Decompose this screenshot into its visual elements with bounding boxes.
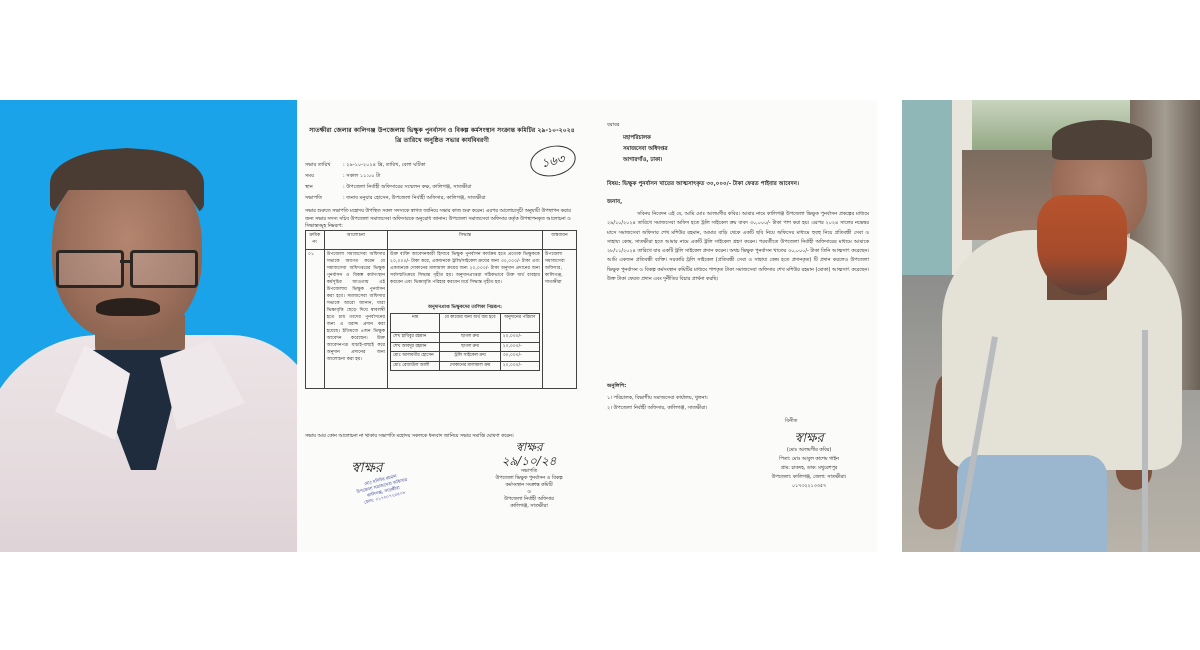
recipient-row: মোঃ আলমগীর হোসেন ট্রলি সাইকেল ক্রয় ৩০,০… bbox=[391, 352, 540, 362]
signature-scrawl: স্বাক্ষর ২৯/১০/২৪ bbox=[487, 440, 571, 468]
recipients-table: নাম যে কাজের জন্য অর্থ ব্যয় হবে অনুদানে… bbox=[390, 313, 540, 371]
cell-discussion: উপজেলা সমাজসেবা অফিসার সভাকে অবগত করেন য… bbox=[324, 250, 387, 389]
meta-row: সভাপতি : জনাব মনুয়ার হোসেন, উপজেলা নির্… bbox=[305, 193, 495, 204]
glasses-icon bbox=[56, 250, 198, 284]
header-implementer: বাস্তবায়ন bbox=[542, 231, 576, 250]
letter-closing: বিনীত bbox=[785, 418, 797, 426]
cc-item: ২। উপজেলা নির্বাহী অফিসার, কালিগঞ্জ, সাত… bbox=[607, 403, 708, 413]
hair-shape bbox=[1052, 120, 1152, 160]
lungi-shape bbox=[957, 455, 1107, 552]
minutes-intro: সভার শুরুতে সভাপতি মহোদয় উপস্থিত সকল সদ… bbox=[305, 208, 575, 231]
minutes-table: ক্রমিক নং আলোচনা সিদ্ধান্ত বাস্তবায়ন ০১… bbox=[305, 230, 577, 389]
recipient-row: শেখ হাবিবুর রহমান ছাগল ক্রয় ২০,০০০/- bbox=[391, 333, 540, 343]
signature-scrawl: স্বাক্ষর bbox=[351, 456, 383, 480]
cc-item: ১। পরিচালক, বিভাগীয় সমাজসেবা কার্যালয়,… bbox=[607, 393, 708, 403]
minutes-meta: সভার তারিখ : ২৯-১০-২০২৪ খ্রি, তারিখ, বেল… bbox=[305, 160, 495, 204]
header-discussion: আলোচনা bbox=[324, 231, 387, 250]
officer-seal: স্বাক্ষর মোঃ মশিউর রহমান উপজেলা সমাজসেবা… bbox=[341, 456, 421, 512]
crutch-right-icon bbox=[1142, 330, 1148, 552]
recipient-row: মোঃ রেজাউল আলী দোকানের মালামাল ক্রয় ২০,… bbox=[391, 361, 540, 371]
letter-to-label: বরাবর bbox=[607, 122, 620, 130]
minutes-title: সাতক্ষীরা জেলার কালিগঞ্জ উপজেলায় ভিক্ষু… bbox=[309, 126, 575, 146]
letter-address: মহাপরিচালক সমাজসেবা অধিদপ্তর আগারগাঁও, ঢ… bbox=[623, 133, 668, 166]
cc-label: অনুলিপি: bbox=[607, 383, 626, 391]
cell-implementer: উপজেলা সমাজসেবা অফিসার, কালিগঞ্জ, সাতক্ষ… bbox=[542, 250, 576, 389]
meta-row: সময় : সকাল ১১:০০ টা bbox=[305, 171, 495, 182]
header-decision: সিদ্ধান্ত bbox=[388, 231, 543, 250]
mustache-shape bbox=[96, 298, 160, 316]
letter-subject: বিষয়: ভিক্ষুক পুনর্বাসন খাতের আত্মসাৎকৃ… bbox=[607, 180, 799, 189]
letter-body: সবিনয় নিবেদন এই যে, আমি মোঃ আলমগীর কবির… bbox=[607, 210, 869, 284]
header-serial: ক্রমিক নং bbox=[306, 231, 325, 250]
left-portrait-photo bbox=[0, 100, 297, 552]
meta-row: স্থান : উপজেলা নির্বাহী অফিসারের সম্মেলন… bbox=[305, 182, 495, 193]
application-letter-document: বরাবর মহাপরিচালক সমাজসেবা অধিদপ্তর আগারগ… bbox=[587, 100, 877, 552]
handwritten-number: ১৬৩ bbox=[527, 142, 578, 181]
signature-scrawl: স্বাক্ষর bbox=[757, 432, 861, 446]
beard-shape bbox=[1037, 195, 1127, 295]
door-shape bbox=[902, 100, 952, 275]
letter-salutation: জনাব, bbox=[607, 198, 622, 207]
cell-serial: ০১ bbox=[306, 250, 325, 389]
cc-list: ১। পরিচালক, বিভাগীয় সমাজসেবা কার্যালয়,… bbox=[607, 393, 708, 413]
cell-decision: উক্ত ব্যক্তি আবেদনকারী হিসাবে ভিক্ষুক পু… bbox=[388, 250, 543, 389]
meeting-minutes-document: সাতক্ষীরা জেলার কালিগঞ্জ উপজেলায় ভিক্ষু… bbox=[297, 100, 587, 552]
chair-signature-block: স্বাক্ষর ২৯/১০/২৪ সভাপতি উপজেলা ভিক্ষুক … bbox=[487, 440, 571, 510]
table-row: ০১ উপজেলা সমাজসেবা অফিসার সভাকে অবগত করে… bbox=[306, 250, 577, 389]
news-collage: সাতক্ষীরা জেলার কালিগঞ্জ উপজেলায় ভিক্ষু… bbox=[0, 100, 1200, 552]
sender-signature-block: স্বাক্ষর (মোঃ আলমগীর কবির) পিতা: মোঃ আবু… bbox=[757, 432, 861, 491]
right-crutches-photo bbox=[902, 100, 1200, 552]
recipients-title: অনুদানপ্রাপ্ত ভিক্ষুকদের তালিকা নিম্নরূপ… bbox=[390, 304, 540, 311]
meta-row: সভার তারিখ : ২৯-১০-২০২৪ খ্রি, তারিখ, বেল… bbox=[305, 160, 495, 171]
recipient-row: শেখ আবদুর রহমান ছাগল ক্রয় ২০,০০০/- bbox=[391, 342, 540, 352]
